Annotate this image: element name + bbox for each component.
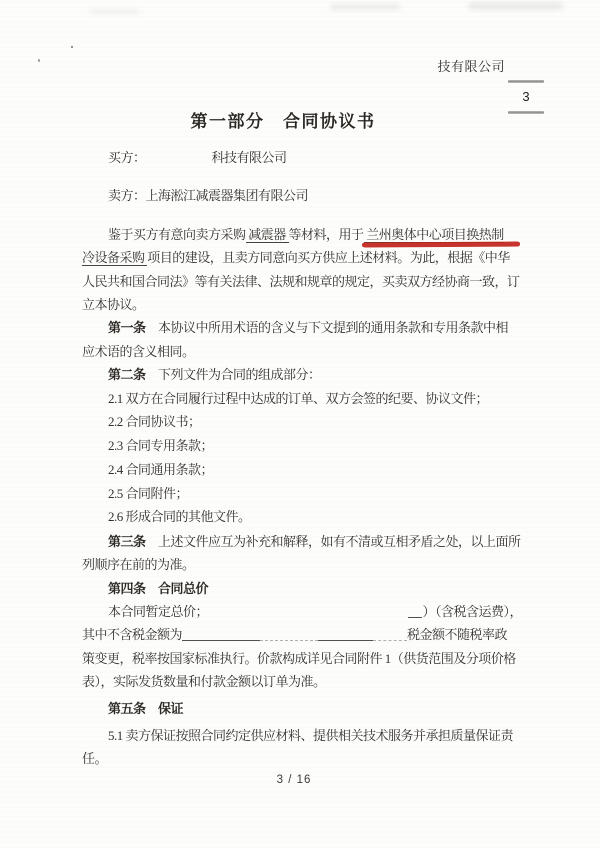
header-company-name: 技有限公司 [437, 56, 505, 75]
recital-line-4: 立本协议。 [82, 293, 522, 316]
text-segment: 上述文件应互为补充和解释，如有不清或互相矛盾之处，以上面所 [146, 534, 521, 549]
text-segment: 其中不含税金额为 [82, 627, 182, 642]
text-segment: 列顺序在前的为准。 [82, 557, 195, 572]
clause-2-4: 2.4 合同通用条款； [82, 458, 522, 481]
clause-2-3: 2.3 合同专用条款； [82, 434, 522, 457]
scanned-contract-page: 技有限公司 3 第一部分 合同协议书 买方：科技有限公司卖方：上海淞江减震器集团… [0, 0, 600, 848]
text-segment: 第一条 [108, 320, 146, 335]
clause-5-1-line-2: 任。 [82, 747, 522, 770]
scan-speck [38, 59, 40, 62]
red-highlighted-text: 兰州奥体中心项目换热制 [364, 227, 504, 243]
text-segment: 2.6 形成合同的其他文件。 [108, 509, 251, 524]
divider-line [508, 80, 544, 83]
recital-line-3: 人民共和国合同法》等有关法律、法规和规章的规定，买卖双方经协商一致，订 [82, 270, 522, 293]
text-segment: 本合同暂定总价； [108, 604, 208, 619]
seller-line: 卖方：上海淞江减震器集团有限公司 [82, 184, 522, 207]
scan-smudge [90, 9, 140, 14]
text-segment: 表），实际发货数量和付款金额以订单为准。 [82, 674, 326, 689]
text-segment: 第四条 合同总价 [108, 581, 208, 596]
recital-line-2: 冷设备采购 项目的建设，且卖方同意向买方供应上述材料。为此，根据《中华 [82, 246, 522, 269]
text-segment: 任。 [82, 751, 107, 766]
scan-smudge [330, 4, 400, 10]
text-segment: 下列文件为合同的组成部分： [146, 367, 321, 382]
article-4-heading: 第四条 合同总价 [82, 577, 522, 600]
clause-2-1: 2.1 双方在合同履行过程中达成的订单、双方会签的纪要、协议文件； [82, 387, 522, 410]
text-segment: 立本协议。 [82, 297, 145, 312]
article-3-line-1: 第三条 上述文件应互为补充和解释，如有不清或互相矛盾之处，以上面所 [82, 530, 522, 553]
article-1-line-1: 第一条 本协议中所用术语的含义与下文提到的通用条款和专用条款中相 [82, 316, 522, 339]
text-segment: 人民共和国合同法》等有关法律、法规和规章的规定，买卖双方经协商一致，订 [82, 274, 520, 289]
price-line-2: 其中不含税金额为税金额不随税率政 [82, 623, 522, 646]
text-segment: 策变更，税率按国家标准执行。价款构成详见合同附件 1（供货范围及分项价格 [82, 651, 516, 666]
scan-smudge [468, 2, 563, 10]
blank-gap [146, 161, 212, 162]
text-segment: 5.1 卖方保证按照合同约定供应材料、提供相关技术服务并承担质量保证责 [108, 728, 513, 743]
fill-in-blank-underline [260, 626, 318, 641]
fill-in-blank-underline [373, 626, 407, 641]
fill-in-blank-underline [318, 626, 373, 641]
clause-5-1-line-1: 5.1 卖方保证按照合同约定供应材料、提供相关技术服务并承担质量保证责 [82, 724, 522, 747]
document-title: 第一部分 合同协议书 [0, 107, 566, 132]
clause-2-5: 2.5 合同附件； [82, 482, 522, 505]
clause-2-6: 2.6 形成合同的其他文件。 [82, 505, 522, 528]
text-segment: 减震器 [246, 227, 289, 243]
text-segment: 第三条 [108, 534, 146, 549]
article-2-heading: 第二条 下列文件为合同的组成部分： [82, 363, 522, 386]
contract-body: 买方：科技有限公司卖方：上海淞江减震器集团有限公司鉴于买方有意向卖方采购 减震器… [82, 146, 522, 771]
price-line-1: 本合同暂定总价；）（含税含运费）， [82, 600, 522, 623]
text-segment: 卖方：上海淞江减震器集团有限公司 [108, 188, 308, 203]
text-segment: 应术语的含义相同。 [82, 344, 195, 359]
article-3-line-2: 列顺序在前的为准。 [82, 553, 522, 576]
buyer-line: 买方：科技有限公司 [82, 146, 522, 169]
corner-page-number: 3 [508, 87, 544, 107]
text-segment: 科技有限公司 [212, 150, 287, 165]
recital-line-1: 鉴于买方有意向卖方采购 减震器 等材料，用于 兰州奥体中心项目换热制 [82, 223, 522, 246]
text-segment: 2.4 合同通用条款； [108, 462, 213, 477]
text-segment: 鉴于买方有意向卖方采购 [108, 227, 246, 242]
line-left-part: 本合同暂定总价； [108, 600, 208, 623]
footer-page-indicator: 3 / 16 [0, 774, 588, 786]
text-segment: 项目的建设，且卖方同意向买方供应上述材料。为此，根据《中华 [147, 250, 510, 265]
text-segment: 第五条 保证 [108, 701, 183, 716]
text-segment: 买方： [108, 150, 146, 165]
article-1-line-2: 应术语的含义相同。 [82, 340, 522, 363]
price-line-4: 表），实际发货数量和付款金额以订单为准。 [82, 670, 522, 693]
clause-2-2: 2.2 合同协议书； [82, 410, 522, 433]
text-segment: 2.1 双方在合同履行过程中达成的订单、双方会签的纪要、协议文件； [108, 391, 488, 406]
text-segment: 税金额不随税率政 [407, 627, 507, 642]
text-segment: 2.5 合同附件； [108, 486, 188, 501]
fill-in-blank-underline [182, 626, 260, 641]
text-segment: 本协议中所用术语的含义与下文提到的通用条款和专用条款中相 [146, 320, 509, 335]
text-segment: 第二条 [108, 367, 146, 382]
fill-in-blank-underline [408, 603, 422, 618]
line-right-part: ）（含税含运费）， [408, 600, 522, 623]
text-segment: ）（含税含运费）， [422, 604, 522, 619]
scan-speck [71, 46, 73, 48]
text-segment: 冷设备采购 [82, 250, 147, 266]
text-segment: 2.2 合同协议书； [108, 414, 201, 429]
text-segment: 等材料，用于 [289, 227, 364, 242]
text-segment: 2.3 合同专用条款； [108, 438, 213, 453]
price-line-3: 策变更，税率按国家标准执行。价款构成详见合同附件 1（供货范围及分项价格 [82, 647, 522, 670]
article-5-heading: 第五条 保证 [82, 697, 522, 720]
